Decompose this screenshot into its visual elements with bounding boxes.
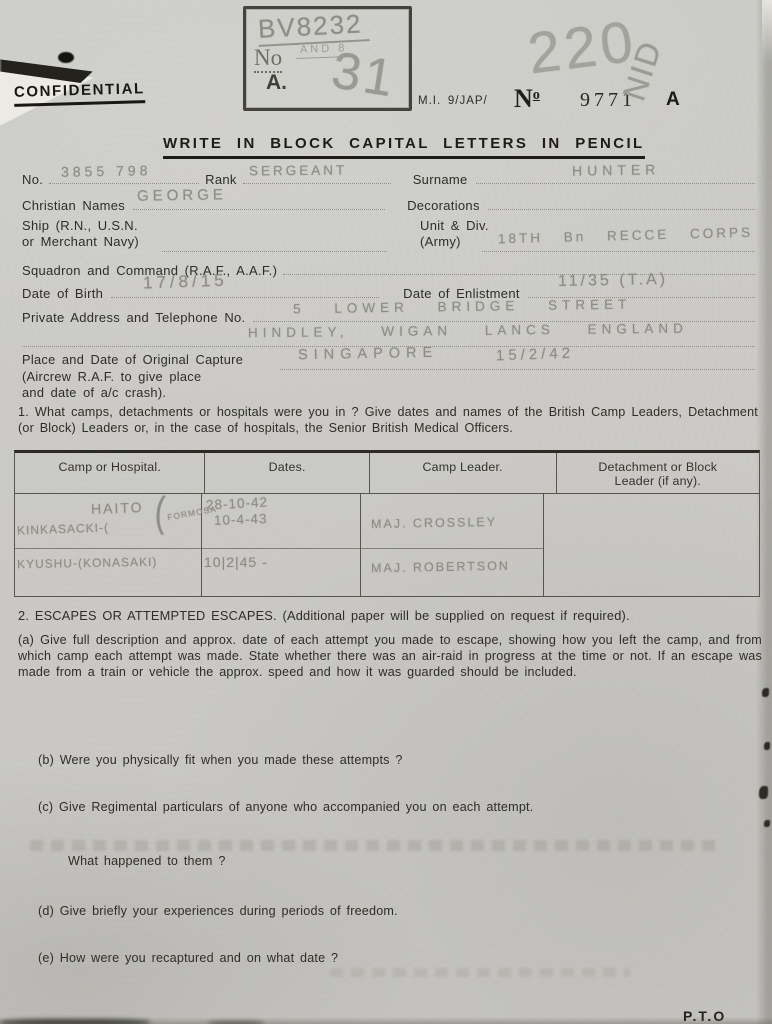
capture-date-value: 15/2/42	[496, 345, 575, 365]
form-title: WRITE IN BLOCK CAPITAL LETTERS IN PENCIL	[163, 135, 645, 159]
dates-row1-b: 10-4-43	[214, 511, 268, 528]
address-value-line2: HINDLEY, WIGAN LANCS ENGLAND	[248, 321, 688, 341]
surname-value: HUNTER	[571, 161, 660, 179]
unit-div-label: Unit & Div.(Army)	[420, 218, 489, 251]
serial-suffix: A	[666, 89, 680, 111]
row-no-rank-surname: No. 3855 798 Rank SERGEANT Surname HUNTE…	[22, 167, 755, 187]
camps-table-body: HAITO ( FORMOSA KINKASACKI-( KYUSHU-(KON…	[15, 494, 759, 596]
header-dates: Dates.	[205, 453, 369, 493]
mi9-dept-label: M.I. 9/JAP/	[418, 95, 488, 107]
camps-table-header: Camp or Hospital. Dates. Camp Leader. De…	[15, 453, 759, 494]
capture-line: SINGAPORE 15/2/42	[280, 354, 755, 370]
camp-row1-brace: (	[154, 489, 166, 537]
row-ship-unit: Ship (R.N., U.S.N.or Merchant Navy) Unit…	[22, 218, 755, 256]
torn-corner	[0, 0, 140, 140]
camps-table: Camp or Hospital. Dates. Camp Leader. De…	[14, 450, 760, 597]
row-address-2: HINDLEY, WIGAN LANCS ENGLAND	[22, 330, 755, 347]
surname-label: Surname	[413, 172, 468, 187]
private-address-label: Private Address and Telephone No.	[22, 310, 245, 325]
cell-dates: 28-10-42 10-4-43 10|2|45 -	[202, 494, 361, 596]
camp-row2-name: KYUSHU-(KONASAKI)	[17, 555, 158, 571]
edge-mark-2	[764, 742, 770, 750]
christian-names-value: GEORGE	[137, 186, 227, 205]
cell-leader: MAJ. CROSSLEY MAJ. ROBERTSON	[361, 494, 544, 596]
header-camp: Camp or Hospital.	[15, 453, 205, 493]
date-of-birth-value: 17/8/15	[143, 271, 228, 294]
question-1-text: 1. What camps, detachments or hospitals …	[18, 404, 758, 436]
edge-mark-1	[762, 688, 769, 697]
rank-value: SERGEANT	[249, 163, 347, 179]
no-value: 3855 798	[61, 162, 152, 180]
row-christian-decorations: Christian Names GEORGE Decorations	[22, 193, 755, 213]
ship-line	[162, 236, 387, 252]
date-of-enlistment-value: 11/35 (T.A)	[558, 271, 668, 291]
unit-line: 18TH Bn RECCE CORPS	[482, 236, 755, 252]
header-leader: Camp Leader.	[370, 453, 557, 493]
leader-row2: MAJ. ROBERTSON	[371, 559, 510, 575]
bleedthrough-strip-2	[330, 968, 630, 977]
stamp-a-label: A.	[266, 71, 287, 95]
edge-mark-4	[764, 820, 770, 827]
date-of-birth-label: Date of Birth	[22, 286, 103, 301]
row-capture: Place and Date of Original Capture (Airc…	[22, 352, 755, 400]
right-edge-highlight	[762, 0, 772, 60]
stamp-no-label: No	[254, 45, 282, 73]
dates-row2: 10|2|45 -	[204, 554, 268, 570]
header-detachment: Detachment or Block Leader (if any).	[557, 453, 760, 493]
camp-row1-name: HAITO	[91, 499, 144, 517]
confidential-stamp: CONFIDENTIAL	[14, 80, 145, 107]
stamp-handwritten-number: BV8232	[257, 8, 369, 47]
no-label-large: No	[514, 84, 540, 114]
cell-camp: HAITO ( FORMOSA KINKASACKI-( KYUSHU-(KON…	[15, 494, 202, 596]
camp-row1-name2: KINKASACKI-(	[17, 520, 109, 537]
row-divider-stroke	[15, 548, 543, 549]
scanned-pow-questionnaire-page: CONFIDENTIAL BV8232 No AND 8 A. 31 M.I. …	[0, 0, 772, 1024]
no-label: No.	[22, 172, 43, 187]
section2-item-c2: What happened to them ?	[68, 853, 468, 869]
section2-item-b: (b) Were you physically fit when you mad…	[38, 752, 638, 768]
section2-heading: 2. ESCAPES OR ATTEMPTED ESCAPES. (Additi…	[18, 608, 760, 624]
row-dob-enlistment: Date of Birth 17/8/15 Date of Enlistment…	[22, 281, 755, 301]
stamp-batch-number: 31	[328, 40, 400, 109]
leader-row1: MAJ. CROSSLEY	[371, 515, 497, 531]
section2-item-a: (a) Give full description and approx. da…	[18, 632, 762, 680]
bleedthrough-strip	[30, 840, 720, 851]
decorations-label: Decorations	[407, 198, 480, 213]
section2-item-e: (e) How were you recaptured and on what …	[38, 950, 638, 966]
bottom-smudge-1	[0, 1019, 150, 1024]
section2-item-c: (c) Give Regimental particulars of anyon…	[38, 799, 678, 815]
cell-detachment	[544, 494, 744, 596]
edge-mark-3	[759, 786, 768, 799]
section2-item-d: (d) Give briefly your experiences during…	[38, 903, 638, 919]
registry-stamp-box: BV8232 No AND 8 A. 31	[243, 6, 412, 111]
dates-row1-a: 28-10-42	[206, 494, 269, 512]
capture-place-value: SINGAPORE	[298, 345, 438, 363]
rank-label: Rank	[205, 172, 237, 187]
right-page-edge	[756, 0, 772, 1024]
christian-names-label: Christian Names	[22, 198, 125, 213]
